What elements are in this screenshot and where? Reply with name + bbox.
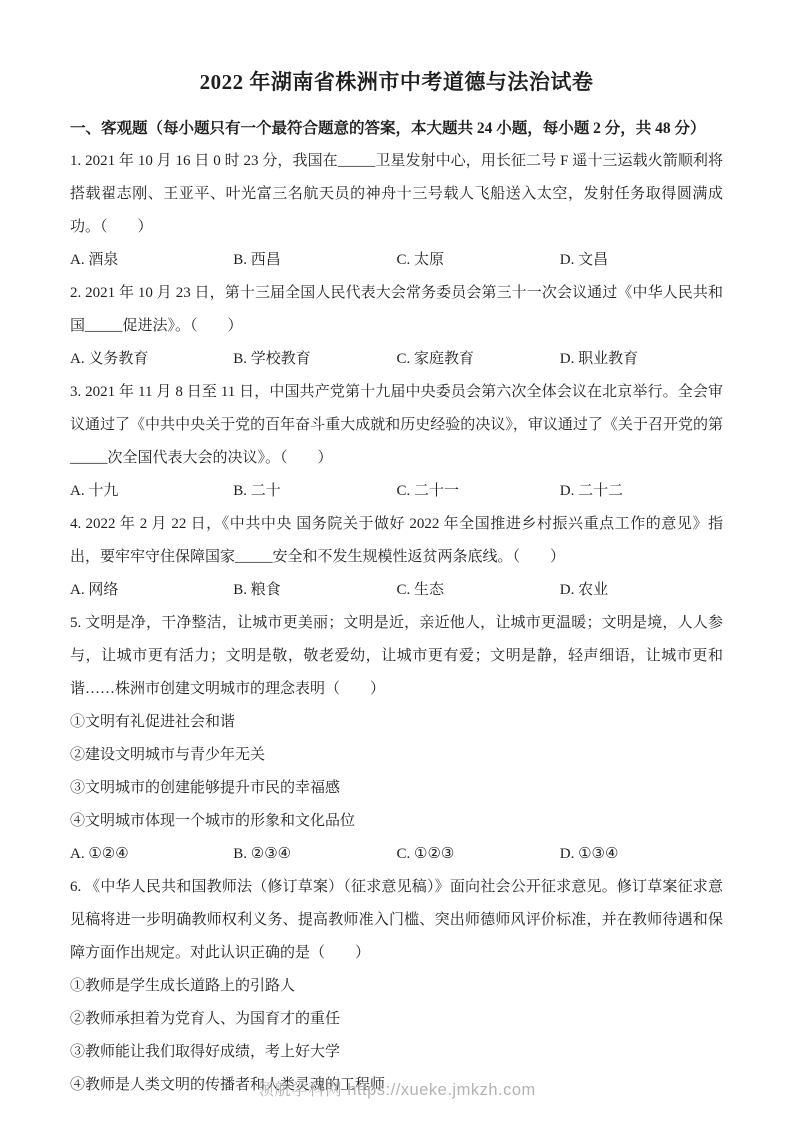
question-2-option-b: B. 学校教育: [233, 343, 396, 376]
question-2-option-d: D. 职业教育: [560, 343, 723, 376]
question-3-option-c: C. 二十一: [397, 475, 560, 508]
question-3: 3. 2021 年 11 月 8 日至 11 日，中国共产党第十九届中央委员会第…: [70, 376, 723, 508]
question-2: 2. 2021 年 10 月 23 日，第十三届全国人民代表大会常务委员会第三十…: [70, 277, 723, 376]
question-1-stem: 1. 2021 年 10 月 16 日 0 时 23 分，我国在_____卫星发…: [70, 145, 723, 244]
question-5-options: A. ①②④ B. ②③④ C. ①②③ D. ①③④: [70, 838, 723, 871]
question-1-option-d: D. 文昌: [560, 244, 723, 277]
question-4: 4. 2022 年 2 月 22 日，《中共中央 国务院关于做好 2022 年全…: [70, 508, 723, 607]
question-4-option-a: A. 网络: [70, 574, 233, 607]
question-5-option-a: A. ①②④: [70, 838, 233, 871]
question-1-option-c: C. 太原: [397, 244, 560, 277]
question-3-option-a: A. 十九: [70, 475, 233, 508]
question-3-option-b: B. 二十: [233, 475, 396, 508]
question-6-item-1: ①教师是学生成长道路上的引路人: [70, 970, 723, 1003]
question-2-stem: 2. 2021 年 10 月 23 日，第十三届全国人民代表大会常务委员会第三十…: [70, 277, 723, 343]
question-5-item-3: ③文明城市的创建能够提升市民的幸福感: [70, 772, 723, 805]
question-4-option-d: D. 农业: [560, 574, 723, 607]
question-5-item-2: ②建设文明城市与青少年无关: [70, 739, 723, 772]
question-3-options: A. 十九 B. 二十 C. 二十一 D. 二十二: [70, 475, 723, 508]
question-1-option-a: A. 酒泉: [70, 244, 233, 277]
question-6: 6. 《中华人民共和国教师法（修订草案）（征求意见稿）》面向社会公开征求意见。修…: [70, 871, 723, 1102]
question-3-stem: 3. 2021 年 11 月 8 日至 11 日，中国共产党第十九届中央委员会第…: [70, 376, 723, 475]
question-1: 1. 2021 年 10 月 16 日 0 时 23 分，我国在_____卫星发…: [70, 145, 723, 277]
question-5-option-c: C. ①②③: [397, 838, 560, 871]
question-5-option-d: D. ①③④: [560, 838, 723, 871]
question-2-option-a: A. 义务教育: [70, 343, 233, 376]
question-5: 5. 文明是净，干净整洁，让城市更美丽；文明是近，亲近他人，让城市更温暖；文明是…: [70, 607, 723, 871]
question-3-option-d: D. 二十二: [560, 475, 723, 508]
question-4-option-b: B. 粮食: [233, 574, 396, 607]
watermark-text: 领航学科网 https://xueke.jmkzh.com: [257, 1081, 536, 1099]
question-1-option-b: B. 西昌: [233, 244, 396, 277]
exam-paper-page: 2022 年湖南省株洲市中考道德与法治试卷 一、客观题（每小题只有一个最符合题意…: [0, 0, 793, 1122]
section-header: 一、客观题（每小题只有一个最符合题意的答案，本大题共 24 小题，每小题 2 分…: [70, 112, 723, 145]
question-1-options: A. 酒泉 B. 西昌 C. 太原 D. 文昌: [70, 244, 723, 277]
question-4-option-c: C. 生态: [397, 574, 560, 607]
question-5-stem: 5. 文明是净，干净整洁，让城市更美丽；文明是近，亲近他人，让城市更温暖；文明是…: [70, 607, 723, 706]
watermark: 领航学科网 https://xueke.jmkzh.com: [0, 1076, 793, 1100]
question-6-item-3: ③教师能让我们取得好成绩，考上好大学: [70, 1036, 723, 1069]
question-5-option-b: B. ②③④: [233, 838, 396, 871]
question-5-item-4: ④文明城市体现一个城市的形象和文化品位: [70, 805, 723, 838]
question-5-item-1: ①文明有礼促进社会和谐: [70, 706, 723, 739]
question-6-stem: 6. 《中华人民共和国教师法（修订草案）（征求意见稿）》面向社会公开征求意见。修…: [70, 871, 723, 970]
question-4-options: A. 网络 B. 粮食 C. 生态 D. 农业: [70, 574, 723, 607]
question-6-item-2: ②教师承担着为党育人、为国育才的重任: [70, 1003, 723, 1036]
question-4-stem: 4. 2022 年 2 月 22 日，《中共中央 国务院关于做好 2022 年全…: [70, 508, 723, 574]
page-title: 2022 年湖南省株洲市中考道德与法治试卷: [70, 66, 723, 98]
question-2-options: A. 义务教育 B. 学校教育 C. 家庭教育 D. 职业教育: [70, 343, 723, 376]
question-2-option-c: C. 家庭教育: [397, 343, 560, 376]
